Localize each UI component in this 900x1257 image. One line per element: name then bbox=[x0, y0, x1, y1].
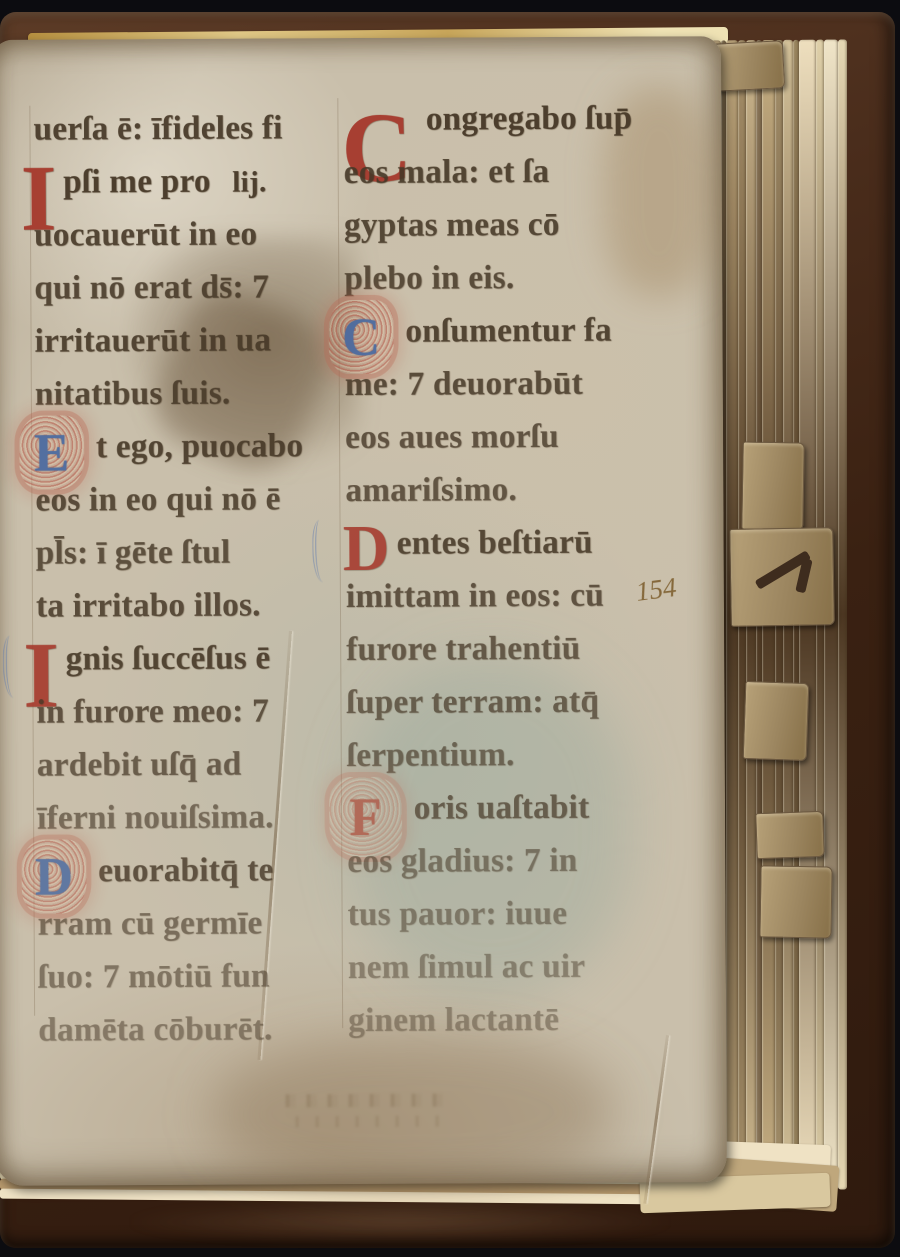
line-text: qui nō erat ds̄: 7 bbox=[34, 267, 269, 308]
text-line: ginem lactantē bbox=[348, 1000, 559, 1041]
line-text: entes beſtiarū bbox=[397, 523, 593, 564]
line-text: tus pauor: iuue bbox=[347, 894, 567, 935]
line-text: oris uaſtabit bbox=[414, 788, 590, 829]
line-text: eos in eo qui nō ē bbox=[35, 479, 280, 520]
text-line: nitatibus ſuis. bbox=[35, 374, 231, 415]
text-line: ardebit uſq̄ ad bbox=[37, 745, 242, 786]
text-line: eos gladius: 7 in bbox=[347, 841, 577, 882]
line-text: me: 7 deuorabūt bbox=[345, 364, 583, 405]
line-text: gyptas meas cō bbox=[344, 205, 560, 246]
text-line: Foris uaſtabit bbox=[347, 788, 589, 829]
text-column-right: Congregabo ſup̄eos mala: et ſagyptas mea… bbox=[343, 98, 653, 100]
text-line: imittam in eos: cū bbox=[346, 576, 604, 617]
line-text: t ego, puocabo bbox=[96, 426, 304, 467]
line-text: rram cū germīe bbox=[38, 903, 263, 944]
text-line: tus pauor: iuue bbox=[347, 894, 567, 935]
text-line: qui nō erat ds̄: 7 bbox=[34, 267, 269, 308]
text-line: eos mala: et ſa bbox=[344, 152, 550, 193]
text-line: pl̄s: ī gēte ſtul bbox=[36, 533, 231, 574]
line-text: irritauerūt in ua bbox=[34, 320, 271, 361]
text-line: damēta cōburēt. bbox=[38, 1009, 272, 1050]
text-line: rram cū germīe bbox=[38, 903, 263, 944]
text-line: ſuo: 7 mōtiū fun bbox=[38, 956, 270, 997]
line-text: pſi me pro bbox=[63, 162, 211, 203]
line-text: damēta cōburēt. bbox=[38, 1009, 272, 1050]
line-text: uocauerūt in eo bbox=[34, 215, 257, 256]
line-text: eos mala: et ſa bbox=[344, 152, 550, 193]
text-line: in furore meo: 7 bbox=[36, 691, 269, 732]
text-line: uerſa ē: īfideles fi bbox=[33, 108, 282, 149]
line-text: gnis ſuccēſus ē bbox=[66, 638, 271, 679]
line-text: nem ſimul ac uir bbox=[348, 947, 586, 988]
line-text: amariſsimo. bbox=[345, 470, 517, 511]
text-line: plebo in eis. bbox=[344, 258, 514, 299]
line-text: eos aues morſu bbox=[345, 417, 559, 458]
illuminated-initial: C bbox=[329, 300, 394, 374]
bookmark-tab bbox=[711, 40, 785, 92]
line-text: uerſa ē: īfideles fi bbox=[33, 108, 282, 149]
line-text: furore trahentiū bbox=[346, 629, 580, 670]
text-line: īferni nouiſsima. bbox=[37, 797, 274, 838]
page-edge-strip bbox=[838, 40, 847, 1190]
text-line: uocauerūt in eo bbox=[34, 215, 257, 256]
text-line: Ignis ſuccēſus ē bbox=[36, 638, 270, 679]
text-line: ta irritabo illos. bbox=[36, 586, 261, 627]
text-line: Ipſi me prolij. bbox=[34, 161, 267, 203]
illuminated-initial: D bbox=[340, 516, 393, 582]
bookmark-tab bbox=[729, 527, 835, 627]
line-text: ſerpentium. bbox=[347, 735, 515, 776]
line-text: eos gladius: 7 in bbox=[347, 841, 577, 882]
text-line: furore trahentiū bbox=[346, 629, 580, 670]
text-line: Conſumentur fa bbox=[344, 311, 611, 352]
text-line: gyptas meas cō bbox=[344, 205, 560, 246]
text-line: eos in eo qui nō ē bbox=[35, 479, 280, 520]
text-line: nem ſimul ac uir bbox=[348, 947, 586, 988]
line-text: ginem lactantē bbox=[348, 1000, 559, 1041]
line-text: ſuo: 7 mōtiū fun bbox=[38, 956, 270, 997]
line-text: in furore meo: 7 bbox=[36, 691, 269, 732]
manuscript-page: uerſa ē: īfideles fiIpſi me prolij.uocau… bbox=[0, 36, 727, 1186]
photo-backdrop: uerſa ē: īfideles fiIpſi me prolij.uocau… bbox=[0, 0, 900, 1257]
bookmark-tab bbox=[755, 811, 825, 859]
line-text: nitatibus ſuis. bbox=[35, 374, 231, 415]
line-text: pl̄s: ī gēte ſtul bbox=[36, 533, 231, 574]
bookmark-tab bbox=[759, 865, 832, 938]
bookmark-tab bbox=[741, 441, 805, 530]
line-text: ta irritabo illos. bbox=[36, 586, 261, 627]
penwork-flourish bbox=[3, 636, 23, 698]
text-line: Congregabo ſup̄ bbox=[343, 99, 632, 141]
text-line: Et ego, puocabo bbox=[35, 426, 303, 467]
text-line: ſerpentium. bbox=[347, 735, 515, 776]
bookmark-tab bbox=[743, 681, 810, 761]
line-tail: lij. bbox=[232, 162, 266, 202]
illuminated-initial: D bbox=[22, 839, 87, 913]
folio-number: 154 bbox=[634, 572, 678, 608]
text-line: eos aues morſu bbox=[345, 417, 559, 458]
text-line: Dentes beſtiarū bbox=[346, 523, 593, 564]
crease-line bbox=[643, 1035, 669, 1204]
line-text: ardebit uſq̄ ad bbox=[37, 745, 242, 786]
text-column-left: uerſa ē: īfideles fiIpſi me prolij.uocau… bbox=[33, 108, 333, 110]
illuminated-initial: E bbox=[19, 415, 84, 489]
line-text: ongregabo ſup̄ bbox=[426, 99, 633, 140]
line-text: plebo in eis. bbox=[344, 258, 514, 299]
text-line: amariſsimo. bbox=[345, 470, 517, 511]
text-line: me: 7 deuorabūt bbox=[345, 364, 583, 405]
text-line: irritauerūt in ua bbox=[34, 320, 271, 361]
line-text: euorabitq̄ te bbox=[98, 850, 274, 891]
line-text: imittam in eos: cū bbox=[346, 576, 604, 617]
text-line: ſuper terram: atq̄ bbox=[346, 682, 599, 723]
faint-inscription bbox=[281, 1090, 451, 1135]
line-text: ſuper terram: atq̄ bbox=[346, 682, 599, 723]
penwork-flourish bbox=[312, 520, 332, 582]
text-line: Deuorabitq̄ te bbox=[37, 850, 273, 891]
line-text: onſumentur fa bbox=[405, 311, 612, 352]
line-text: īferni nouiſsima. bbox=[37, 797, 274, 838]
